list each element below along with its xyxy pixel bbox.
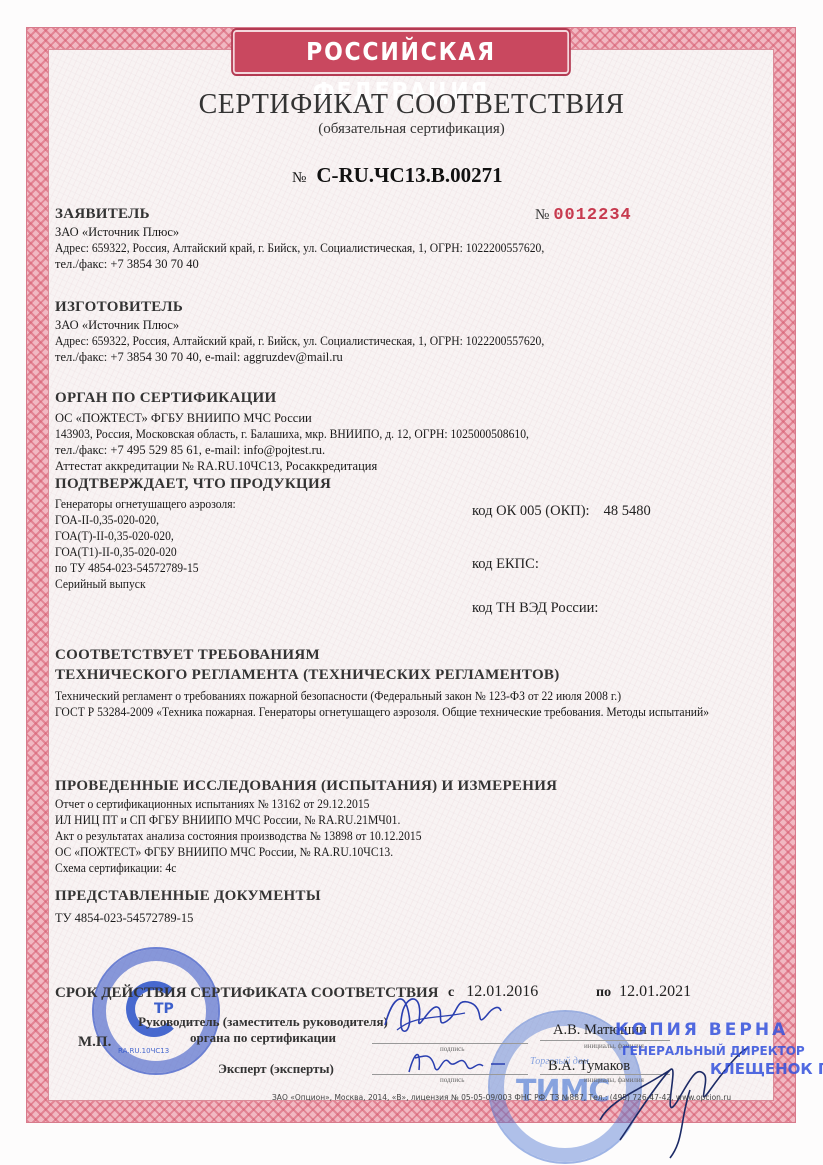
- section-heading: ПРЕДСТАВЛЕННЫЕ ДОКУМЕНТЫ: [55, 886, 321, 906]
- expert-signature: [405, 1042, 515, 1082]
- valid-to: по12.01.2021: [596, 983, 691, 1001]
- manufacturer-contacts: тел./факс: +7 3854 30 70 40, e-mail: agg…: [55, 349, 581, 365]
- head-role-line: Руководитель (заместитель руководителя): [138, 1014, 388, 1030]
- section-heading: ИЗГОТОВИТЕЛЬ: [55, 297, 581, 317]
- body-name: ОС «ПОЖТЕСТ» ФГБУ ВНИИПО МЧС России: [55, 410, 565, 426]
- certificate-number-value: C-RU.ЧС13.В.00271: [316, 163, 502, 187]
- code-label: код ЕКПС:: [472, 556, 539, 572]
- printer-info: ЗАО «Опцион», Москва, 2014, «В», лицензи…: [272, 1093, 731, 1102]
- section-heading: СООТВЕТСТВУЕТ ТРЕБОВАНИЯМ: [55, 645, 758, 665]
- product-line: ГОА(Т1)-II-0,35-020-020: [55, 544, 312, 560]
- expert-role: Эксперт (эксперты): [196, 1061, 356, 1077]
- document-line: ТУ 4854-023-54572789-15: [55, 910, 321, 926]
- section-heading: ПРОВЕДЕННЫЕ ИССЛЕДОВАНИЯ (ИСПЫТАНИЯ) И И…: [55, 776, 557, 796]
- blank-serial-number: №0012234: [535, 206, 632, 225]
- valid-to-date: 12.01.2021: [619, 983, 691, 1000]
- section-product: ПОДТВЕРЖДАЕТ, ЧТО ПРОДУКЦИЯ Генераторы о…: [55, 474, 331, 592]
- body-contacts: тел./факс: +7 495 529 85 61, e-mail: inf…: [55, 442, 565, 458]
- head-role-line: органа по сертификации: [138, 1030, 388, 1046]
- copy-true-stamp: КОПИЯ ВЕРНА: [615, 1020, 788, 1040]
- product-line: по ТУ 4854-023-54572789-15: [55, 560, 312, 576]
- test-line: Отчет о сертификационных испытаниях № 13…: [55, 796, 522, 812]
- manufacturer-name: ЗАО «Источник Плюс»: [55, 317, 581, 333]
- section-heading: ОРГАН ПО СЕРТИФИКАЦИИ: [55, 388, 565, 408]
- product-line: ГОА-II-0,35-020-020,: [55, 512, 312, 528]
- applicant-address: Адрес: 659322, Россия, Алтайский край, г…: [55, 240, 544, 256]
- regulation-line: ГОСТ Р 53284-2009 «Техника пожарная. Ген…: [55, 704, 709, 720]
- body-accreditation: Аттестат аккредитации № RA.RU.10ЧС13, Ро…: [55, 458, 565, 474]
- section-manufacturer: ИЗГОТОВИТЕЛЬ ЗАО «Источник Плюс» Адрес: …: [55, 297, 581, 365]
- valid-to-label: по: [596, 985, 611, 1000]
- document-title: СЕРТИФИКАТ СООТВЕТСТВИЯ: [0, 89, 823, 121]
- product-line: ГОА(Т)-II-0,35-020-020,: [55, 528, 312, 544]
- regulation-line: Технический регламент о требованиях пожа…: [55, 688, 709, 704]
- head-signature: [375, 985, 505, 1045]
- manufacturer-address: Адрес: 659322, Россия, Алтайский край, г…: [55, 333, 544, 349]
- section-tests: ПРОВЕДЕННЫЕ ИССЛЕДОВАНИЯ (ИСПЫТАНИЯ) И И…: [55, 776, 557, 876]
- code-tnved: код ТН ВЭД России:: [472, 600, 612, 617]
- copy-stamp-name: КЛЕЩЕНОК Г. С.: [710, 1060, 823, 1078]
- section-documents: ПРЕДСТАВЛЕННЫЕ ДОКУМЕНТЫ ТУ 4854-023-545…: [55, 886, 321, 926]
- test-line: ИЛ НИЦ ПТ и СП ФГБУ ВНИИПО МЧС России, №…: [55, 812, 522, 828]
- code-value: 48 5480: [604, 503, 651, 519]
- section-applicant: ЗАЯВИТЕЛЬ ЗАО «Источник Плюс» Адрес: 659…: [55, 204, 581, 272]
- serial-value: 0012234: [553, 206, 631, 225]
- certification-body-seal: ТР RA.RU.10ЧС13: [92, 947, 220, 1075]
- applicant-phone: тел./факс: +7 3854 30 70 40: [55, 256, 581, 272]
- test-line: Акт о результатах анализа состояния прои…: [55, 828, 522, 844]
- country-banner: РОССИЙСКАЯ ФЕДЕРАЦИЯ: [233, 30, 569, 74]
- code-ekps: код ЕКПС:: [472, 556, 553, 573]
- number-sign: №: [292, 170, 306, 186]
- section-certification-body: ОРГАН ПО СЕРТИФИКАЦИИ ОС «ПОЖТЕСТ» ФГБУ …: [55, 388, 565, 474]
- applicant-name: ЗАО «Источник Плюс»: [55, 224, 581, 240]
- code-okp: код ОК 005 (ОКП):48 5480: [472, 503, 651, 520]
- section-heading: ПОДТВЕРЖДАЕТ, ЧТО ПРОДУКЦИЯ: [55, 474, 331, 494]
- certificate-number: №C-RU.ЧС13.В.00271: [292, 163, 503, 188]
- product-line: Серийный выпуск: [55, 576, 312, 592]
- seal-ring-text: RA.RU.10ЧС13: [118, 1047, 169, 1055]
- seal-place-label: М.П.: [78, 1034, 111, 1051]
- serial-sign: №: [535, 207, 549, 223]
- copy-stamp-position: ГЕНЕРАЛЬНЫЙ ДИРЕКТОР: [622, 1044, 805, 1058]
- section-heading: ТЕХНИЧЕСКОГО РЕГЛАМЕНТА (ТЕХНИЧЕСКИХ РЕГ…: [55, 665, 758, 685]
- product-line: Генераторы огнетушащего аэрозоля:: [55, 496, 312, 512]
- section-compliance: СООТВЕТСТВУЕТ ТРЕБОВАНИЯМ ТЕХНИЧЕСКОГО Р…: [55, 645, 758, 720]
- head-role: Руководитель (заместитель руководителя) …: [138, 1014, 388, 1046]
- section-heading: ЗАЯВИТЕЛЬ: [55, 204, 581, 224]
- code-label: код ТН ВЭД России:: [472, 600, 598, 616]
- document-subtitle: (обязательная сертификация): [0, 121, 823, 138]
- body-address: 143903, Россия, Московская область, г. Б…: [55, 426, 529, 442]
- code-label: код ОК 005 (ОКП):: [472, 503, 590, 519]
- test-line: Схема сертификации: 4с: [55, 860, 522, 876]
- test-line: ОС «ПОЖТЕСТ» ФГБУ ВНИИПО МЧС России, № R…: [55, 844, 522, 860]
